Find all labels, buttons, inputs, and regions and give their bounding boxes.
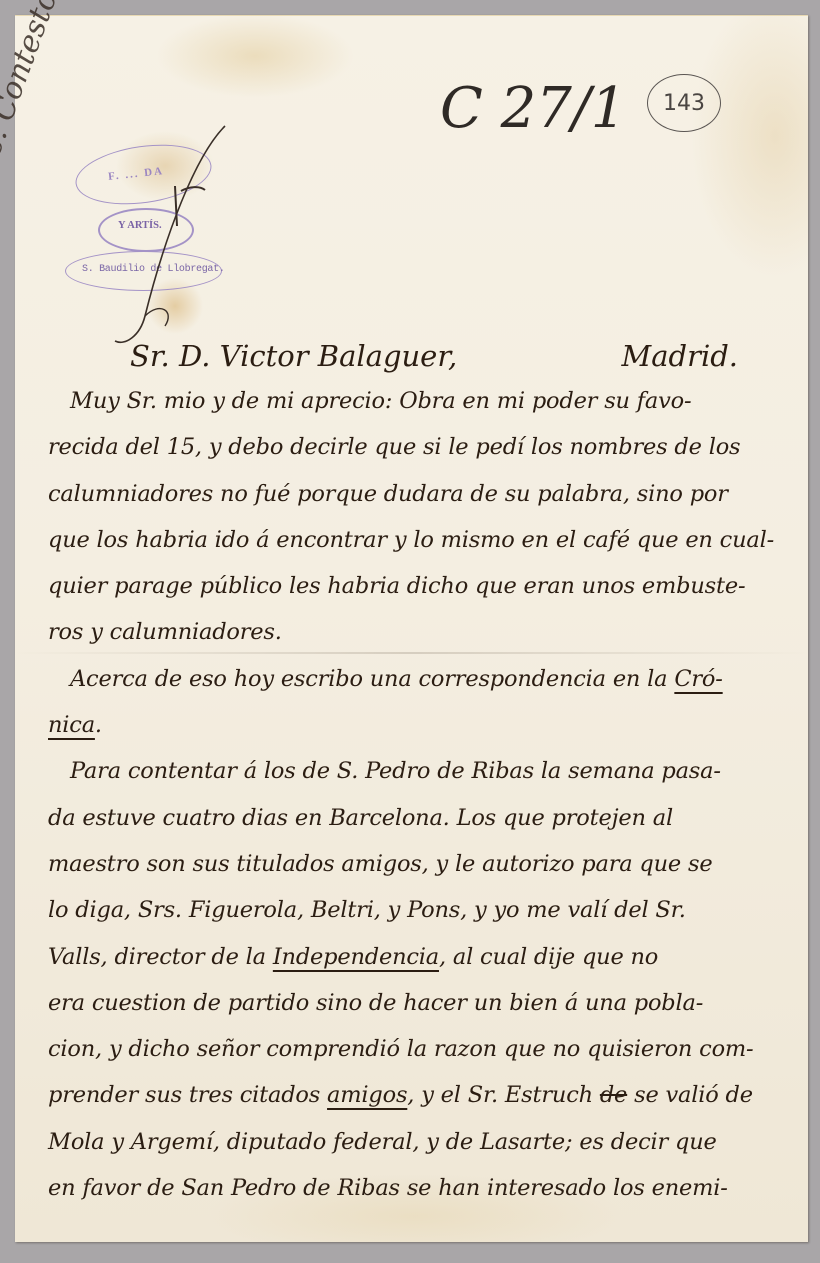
underlined-word: nica [48, 712, 95, 738]
underlined-word: amigos [327, 1082, 407, 1108]
letter-line: lo diga, Srs. Figuerola, Beltri, y Pons,… [48, 887, 808, 933]
folio-number: 143 [647, 74, 721, 132]
letter-line: nica. [48, 702, 808, 748]
letter-line: Valls, director de la Independencia, al … [48, 934, 808, 980]
destination: Madrid. [622, 334, 738, 378]
letter-sheet: F. ... DA Y ARTÍS. S. Baudilio de Llobre… [15, 15, 808, 1242]
letter-line: Muy Sr. mio y de mi aprecio: Obra en mi … [48, 378, 808, 424]
line-text: prender sus tres citados [48, 1082, 327, 1108]
letter-line: Mola y Argemí, diputado federal, y de La… [48, 1119, 808, 1165]
letter-line: quier parage público les habria dicho qu… [48, 563, 808, 609]
folio-number-text: 143 [663, 91, 705, 116]
underlined-word: Cró- [674, 666, 722, 692]
struck-word: de [600, 1082, 627, 1108]
letter-line: calumniadores no fué porque dudara de su… [48, 471, 808, 517]
letter-line: maestro son sus titulados amigos, y le a… [48, 841, 808, 887]
letter-line: Para contentar á los de S. Pedro de Riba… [48, 748, 808, 794]
letter-line: que los habria ido á encontrar y lo mism… [48, 517, 808, 563]
letter-line: ros y calumniadores. [48, 609, 808, 655]
letter-line: da estuve cuatro dias en Barcelona. Los … [48, 795, 808, 841]
line-text: , al cual dije que no [439, 944, 658, 970]
letter-line: en favor de San Pedro de Ribas se han in… [48, 1165, 808, 1211]
flourish-stroke-icon [105, 116, 245, 356]
address-line: Sr. D. Victor Balaguer, Madrid. [48, 334, 808, 378]
line-text: Acerca de eso hoy escribo una correspond… [70, 666, 674, 692]
line-text: Valls, director de la [48, 944, 273, 970]
letter-body: Sr. D. Victor Balaguer, Madrid. Muy Sr. … [48, 334, 808, 1211]
letter-line: prender sus tres citados amigos, y el Sr… [48, 1072, 808, 1118]
line-text: , y el Sr. Estruch [407, 1082, 600, 1108]
letter-line: Acerca de eso hoy escribo una correspond… [48, 656, 808, 702]
addressee: Sr. D. Victor Balaguer, [130, 334, 457, 378]
underlined-word: Independencia [273, 944, 439, 970]
letter-line: recida del 15, y debo decirle que si le … [48, 424, 808, 470]
letter-line: cion, y dicho señor comprendió la razon … [48, 1026, 808, 1072]
line-text: . [95, 712, 102, 738]
line-text: se valió de [627, 1082, 753, 1108]
reference-mark: C 27/1 [440, 76, 626, 141]
letter-line: era cuestion de partido sino de hacer un… [48, 980, 808, 1026]
